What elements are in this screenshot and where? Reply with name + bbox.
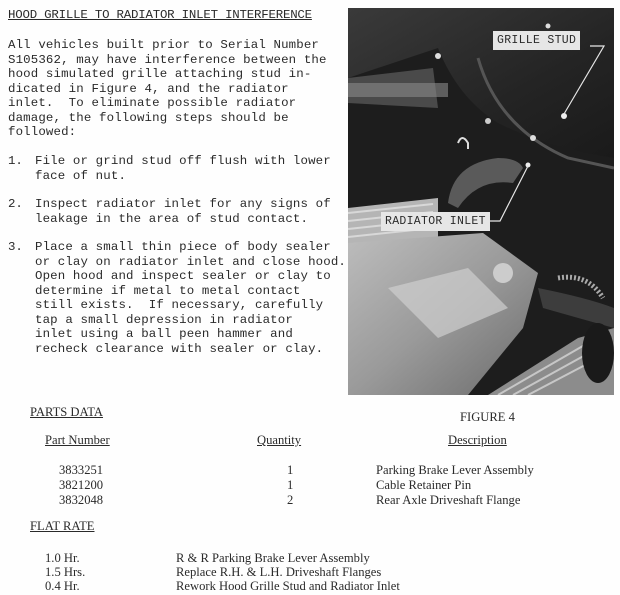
figure-caption: FIGURE 4 [460, 410, 515, 425]
column-header-description: Description [448, 433, 507, 448]
step-text: Place a small thin piece of body sealer … [35, 240, 346, 356]
flat-rate-task: Rework Hood Grille Stud and Radiator Inl… [176, 579, 400, 594]
step-number: 3. [8, 240, 23, 255]
description: Cable Retainer Pin [376, 478, 471, 493]
flat-rate-time: 1.0 Hr. [45, 551, 80, 566]
quantity: 1 [287, 478, 293, 493]
part-number: 3832048 [59, 493, 103, 508]
parts-table-row: 3833251 1 Parking Brake Lever Assembly [0, 463, 620, 478]
flat-rate-task: Replace R.H. & L.H. Driveshaft Flanges [176, 565, 381, 580]
step-text: Inspect radiator inlet for any signs of … [35, 197, 331, 226]
grille-stud-label: GRILLE STUD [493, 31, 580, 50]
step-number: 1. [8, 154, 23, 169]
flat-rate-row: 1.5 Hrs. Replace R.H. & L.H. Driveshaft … [0, 565, 620, 580]
column-header-part-number: Part Number [45, 433, 110, 448]
step-number: 2. [8, 197, 23, 212]
flat-rate-title: FLAT RATE [30, 519, 95, 534]
flat-rate-row: 0.4 Hr. Rework Hood Grille Stud and Radi… [0, 579, 620, 594]
step-text: File or grind stud off flush with lower … [35, 154, 331, 183]
figure-4-photo: GRILLE STUD RADIATOR INLET [348, 8, 614, 395]
quantity: 2 [287, 493, 293, 508]
description: Parking Brake Lever Assembly [376, 463, 534, 478]
parts-data-title: PARTS DATA [30, 405, 103, 420]
flat-rate-task: R & R Parking Brake Lever Assembly [176, 551, 370, 566]
flat-rate-row: 1.0 Hr. R & R Parking Brake Lever Assemb… [0, 551, 620, 566]
intro-paragraph: All vehicles built prior to Serial Numbe… [8, 38, 327, 140]
description: Rear Axle Driveshaft Flange [376, 493, 520, 508]
parts-table-row: 3832048 2 Rear Axle Driveshaft Flange [0, 493, 620, 508]
flat-rate-time: 1.5 Hrs. [45, 565, 85, 580]
quantity: 1 [287, 463, 293, 478]
section-heading: HOOD GRILLE TO RADIATOR INLET INTERFEREN… [8, 8, 312, 22]
engine-bay-illustration [348, 8, 614, 395]
part-number: 3821200 [59, 478, 103, 493]
part-number: 3833251 [59, 463, 103, 478]
flat-rate-time: 0.4 Hr. [45, 579, 80, 594]
radiator-inlet-label: RADIATOR INLET [381, 212, 490, 231]
column-header-quantity: Quantity [257, 433, 301, 448]
parts-table-row: 3821200 1 Cable Retainer Pin [0, 478, 620, 493]
